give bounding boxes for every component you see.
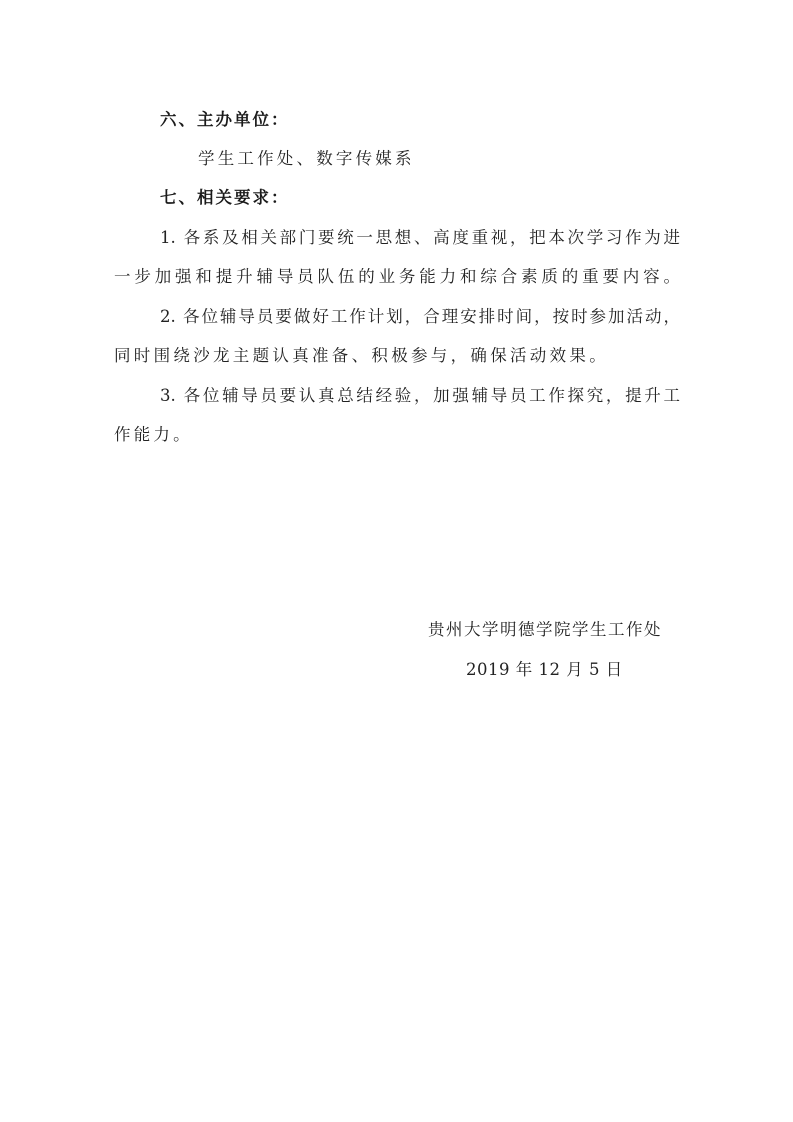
requirement-2-line-1: 2. 各位辅导员要做好工作计划，合理安排时间，按时参加活动，	[160, 309, 680, 326]
signature-date: 2019 年 12 月 5 日	[466, 662, 623, 679]
requirement-1-line-2: 一步加强和提升辅导员队伍的业务能力和综合素质的重要内容。	[114, 269, 680, 286]
requirement-2-line-2: 同时围绕沙龙主题认真准备、积极参与，确保活动效果。	[114, 348, 609, 365]
section-heading-organizer: 六、主办单位：	[160, 112, 290, 129]
organizer-content: 学生工作处、数字传媒系	[198, 151, 415, 168]
document-page: 六、主办单位： 学生工作处、数字传媒系 七、相关要求： 1. 各系及相关部门要统…	[0, 0, 793, 1122]
requirement-3-line-1: 3. 各位辅导员要认真总结经验，加强辅导员工作探究，提升工	[160, 388, 680, 405]
section-heading-requirements: 七、相关要求：	[160, 190, 290, 207]
signature-organization: 贵州大学明德学院学生工作处	[428, 622, 662, 639]
requirement-1-line-1: 1. 各系及相关部门要统一思想、高度重视，把本次学习作为进	[160, 230, 680, 247]
requirement-3-line-2: 作能力。	[114, 427, 193, 444]
